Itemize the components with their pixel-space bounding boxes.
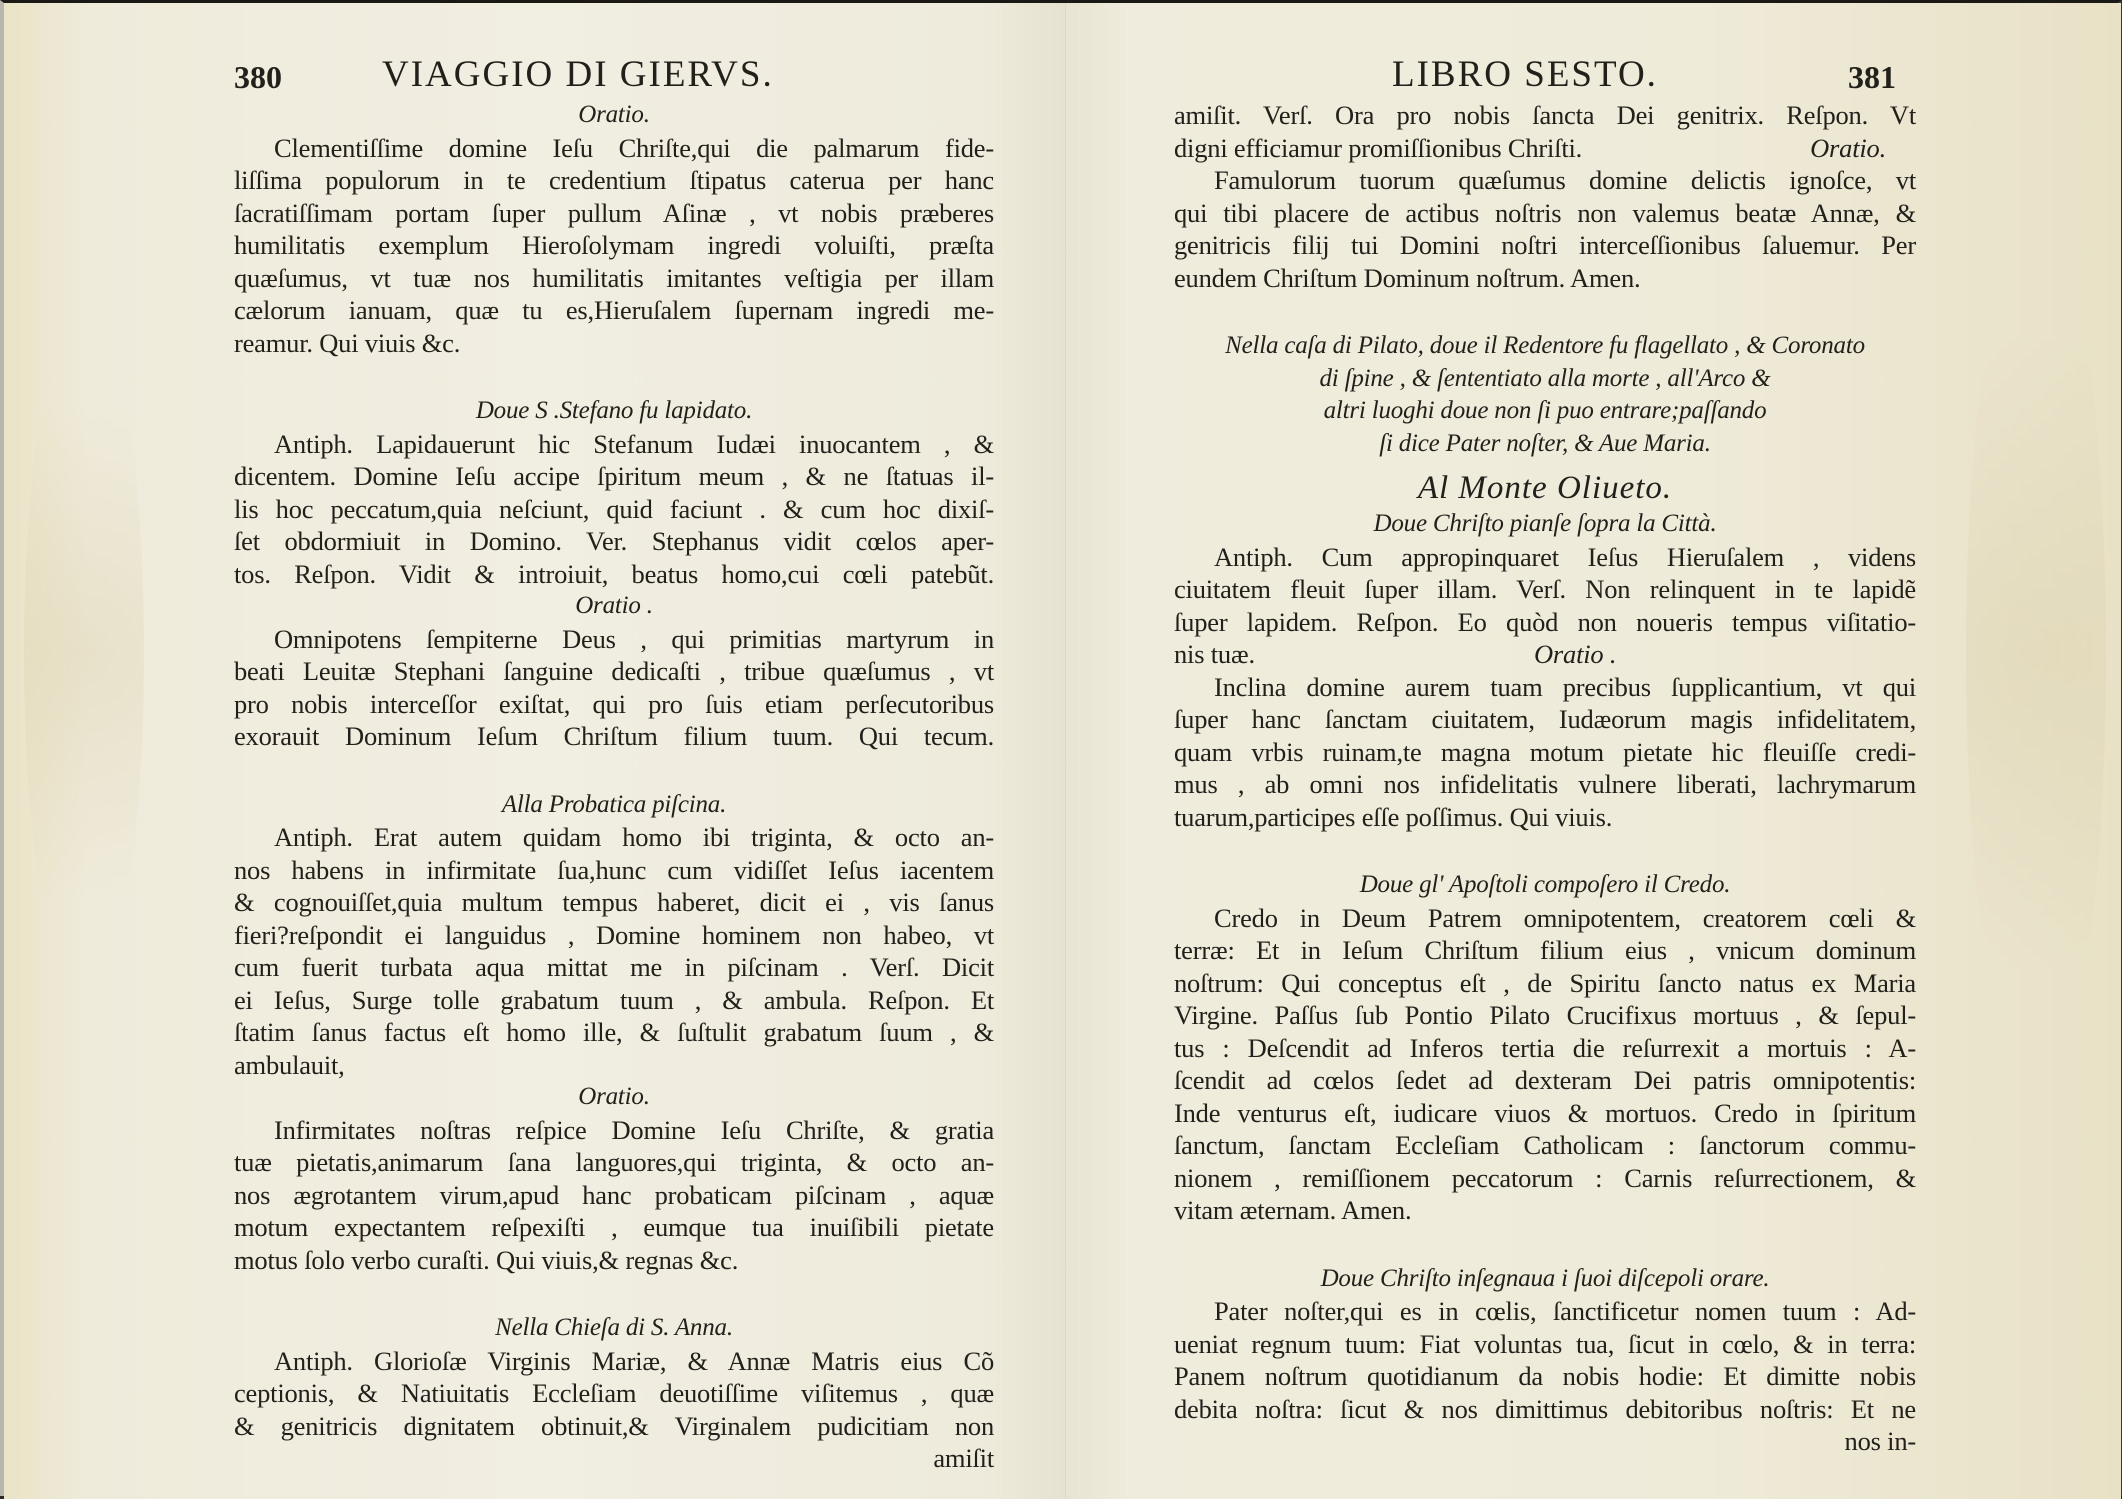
text-line: Infirmitates noſtras reſpice Domine Ieſu… [234, 1114, 994, 1147]
text-line: ſtatim ſanus factus eſt homo ille, & ſuſ… [234, 1016, 994, 1049]
text-line: Famulorum tuorum quæſumus domine delicti… [1174, 164, 1916, 197]
text-line: quam vrbis ruinam,te magna motum pietate… [1174, 736, 1916, 769]
text-line: ſuper lapidem. Reſpon. Eo quòd non nouer… [1174, 606, 1916, 639]
text-line: ueniat regnum tuum: Fiat voluntas tua, ſ… [1174, 1328, 1916, 1361]
section-heading: Doue gl' Apoſtoli compoſero il Credo. [1174, 869, 1916, 902]
heading-line: ſi dice Pater noſter, & Aue Maria. [1174, 428, 1916, 461]
text-line: ſuper hanc ſanctam ciuitatem, Iudæorum m… [1174, 703, 1916, 736]
text-line: motus ſolo verbo curaſti. Qui viuis,& re… [234, 1244, 994, 1277]
section-heading: Doue S .Stefano fu lapidato. [234, 395, 994, 428]
text-line: exorauit Dominum Ieſum Chriſtum filium t… [234, 720, 994, 753]
oratio-heading: Oratio . [1534, 638, 1616, 671]
running-title: LIBRO SESTO. [1392, 51, 1658, 99]
catchword: nos in- [1174, 1425, 1916, 1458]
text-line: fieri?reſpondit ei languidus , Domine ho… [234, 919, 994, 952]
text-line: digni efficiamur promiſſionibus Chriſti.… [1174, 132, 1916, 165]
oratio-heading: Oratio . [234, 590, 994, 623]
text-line: lis hoc peccatum,quia neſciunt, quid fac… [234, 493, 994, 526]
prayer-paragraph: Inclina domine aurem tuam precibus ſuppl… [1174, 671, 1916, 834]
text-line: ei Ieſus, Surge tolle grabatum tuum , & … [234, 984, 994, 1017]
prayer-paragraph: Omnipotens ſempiterne Deus , qui primiti… [234, 623, 994, 753]
text-line: ſet obdormiuit in Domino. Ver. Stephanus… [234, 525, 994, 558]
heading-line: di ſpine , & ſententiato alla morte , al… [1174, 363, 1916, 396]
prayer-paragraph: Clementiſſime domine Ieſu Chriſte,qui di… [234, 132, 994, 360]
text-line: Antiph. Glorioſæ Virginis Mariæ, & Annæ … [234, 1345, 994, 1378]
text-line: Panem noſtrum quotidianum da nobis hodie… [1174, 1360, 1916, 1393]
heading-line: Nella caſa di Pilato, doue il Redentore … [1174, 330, 1916, 363]
text-line: debita noſtra: ſicut & nos dimittimus de… [1174, 1393, 1916, 1426]
page-number: 380 [234, 53, 282, 101]
text-line: ſcendit ad cœlos ſedet ad dexteram Dei p… [1174, 1064, 1916, 1097]
running-head-right: LIBRO SESTO. 381 [1174, 51, 1916, 99]
section-heading: Doue Chriſto inſegnaua i ſuoi diſcepoli … [1174, 1263, 1916, 1296]
text-line: ſacratiſſimam portam ſuper pullum Aſinæ … [234, 197, 994, 230]
text-line: Antiph. Erat autem quidam homo ibi trigi… [234, 821, 994, 854]
right-page: LIBRO SESTO. 381 amiſit. Verſ. Ora pro n… [1066, 3, 2121, 1496]
text-line: & genitricis dignitatem obtinuit,& Virgi… [234, 1410, 994, 1443]
antiphon-paragraph: Antiph. Lapidauerunt hic Stefanum Iudæi … [234, 428, 994, 591]
antiphon-paragraph: Antiph. Cum appropinquaret Ieſus Hieruſa… [1174, 541, 1916, 671]
text-line: Credo in Deum Patrem omnipotentem, creat… [1174, 902, 1916, 935]
oratio-heading: Oratio. [1810, 132, 1886, 165]
text-line: quæſumus, vt tuæ nos humilitatis imitant… [234, 262, 994, 295]
chapter-title: Al Monte Oliueto. [1174, 468, 1916, 508]
text-line: ciuitatem fleuit ſuper illam. Verſ. Non … [1174, 573, 1916, 606]
text-line: Antiph. Lapidauerunt hic Stefanum Iudæi … [234, 428, 994, 461]
text-line: nionem , remiſſionem peccatorum : Carnis… [1174, 1162, 1916, 1195]
prayer-paragraph: Infirmitates noſtras reſpice Domine Ieſu… [234, 1114, 994, 1277]
text-line: genitricis filij tui Domini noſtri inter… [1174, 229, 1916, 262]
text-line: Omnipotens ſempiterne Deus , qui primiti… [234, 623, 994, 656]
text-line: Inde venturus eſt, iudicare viuos & mort… [1174, 1097, 1916, 1130]
text-line: eundem Chriſtum Dominum noſtrum. Amen. [1174, 262, 1916, 295]
paper-stain [1966, 203, 2106, 1103]
text-line: nos habens in infirmitate ſua,hunc cum v… [234, 854, 994, 887]
text-line: motum expectantem reſpexiſti , eumque tu… [234, 1211, 994, 1244]
catchword: amiſit [234, 1442, 994, 1475]
text-line: pro nobis interceſſor exiſtat, qui pro ſ… [234, 688, 994, 721]
antiphon-paragraph: Antiph. Glorioſæ Virginis Mariæ, & Annæ … [234, 1345, 994, 1475]
section-heading: Oratio. [234, 99, 994, 132]
text-segment: digni efficiamur promiſſionibus Chriſti. [1174, 133, 1582, 163]
prayer-paragraph: Famulorum tuorum quæſumus domine delicti… [1174, 164, 1916, 294]
text-line: Inclina domine aurem tuam precibus ſuppl… [1174, 671, 1916, 704]
text-line: liſſima populorum in te credentium ſtipa… [234, 164, 994, 197]
left-page-text: 380 VIAGGIO DI GIERVS. Oratio. Clementiſ… [234, 51, 994, 1475]
text-line: dicentem. Domine Ieſu accipe ſpiritum me… [234, 460, 994, 493]
right-page-text: LIBRO SESTO. 381 amiſit. Verſ. Ora pro n… [1174, 51, 1916, 1458]
text-line: tuæ pietatis,animarum ſana languores,qui… [234, 1146, 994, 1179]
section-heading: Alla Probatica piſcina. [234, 789, 994, 822]
heading-line: altri luoghi doue non ſi puo entrare;paſ… [1174, 395, 1916, 428]
section-heading: Doue Chriſto pianſe ſopra la Città. [1174, 508, 1916, 541]
text-line: & cognouiſſet,quia multum tempus haberet… [234, 886, 994, 919]
oratio-heading: Oratio. [234, 1081, 994, 1114]
text-line: qui tibi placere de actibus noſtris non … [1174, 197, 1916, 230]
page-number: 381 [1848, 53, 1896, 101]
text-line: ſanctum, ſanctam Eccleſiam Catholicam : … [1174, 1129, 1916, 1162]
book-spread: 380 VIAGGIO DI GIERVS. Oratio. Clementiſ… [0, 0, 2122, 1496]
text-line: Antiph. Cum appropinquaret Ieſus Hieruſa… [1174, 541, 1916, 574]
section-heading: Nella Chieſa di S. Anna. [234, 1312, 994, 1345]
antiphon-paragraph: Antiph. Erat autem quidam homo ibi trigi… [234, 821, 994, 1081]
text-segment: nis tuæ. [1174, 639, 1255, 669]
text-line: Clementiſſime domine Ieſu Chriſte,qui di… [234, 132, 994, 165]
text-line: nos ægrotantem virum,apud hanc probatica… [234, 1179, 994, 1212]
text-line: tos. Reſpon. Vidit & introiuit, beatus h… [234, 558, 994, 591]
text-line: tuarum,participes eſſe poſſimus. Qui viu… [1174, 801, 1916, 834]
text-line: beati Leuitæ Stephani ſanguine dedicaſti… [234, 655, 994, 688]
text-line: humilitatis exemplum Hieroſolymam ingred… [234, 229, 994, 262]
text-line: tus : Deſcendit ad Inferos tertia die re… [1174, 1032, 1916, 1065]
text-line: ceptionis, & Natiuitatis Eccleſiam deuot… [234, 1377, 994, 1410]
running-head-left: 380 VIAGGIO DI GIERVS. [234, 51, 994, 99]
pilato-heading: Nella caſa di Pilato, doue il Redentore … [1174, 330, 1916, 460]
text-line: cælorum ianuam, quæ tu es,Hieruſalem ſup… [234, 294, 994, 327]
pater-paragraph: Pater noſter,qui es in cœlis, ſanctifice… [1174, 1295, 1916, 1458]
credo-paragraph: Credo in Deum Patrem omnipotentem, creat… [1174, 902, 1916, 1227]
text-line: Pater noſter,qui es in cœlis, ſanctifice… [1174, 1295, 1916, 1328]
text-line: cum fuerit turbata aqua mittat me in piſ… [234, 951, 994, 984]
text-line: terræ: Et in Ieſum Chriſtum filium eius … [1174, 934, 1916, 967]
continuation-paragraph: amiſit. Verſ. Ora pro nobis ſancta Dei g… [1174, 99, 1916, 164]
text-line: reamur. Qui viuis &c. [234, 327, 994, 360]
running-title: VIAGGIO DI GIERVS. [382, 51, 774, 99]
left-page: 380 VIAGGIO DI GIERVS. Oratio. Clementiſ… [4, 3, 1066, 1496]
text-line: amiſit. Verſ. Ora pro nobis ſancta Dei g… [1174, 99, 1916, 132]
text-line: vitam æternam. Amen. [1174, 1194, 1916, 1227]
text-line: mus , ab omni nos infidelitatis vulnere … [1174, 768, 1916, 801]
text-line: noſtrum: Qui conceptus eſt , de Spiritu … [1174, 967, 1916, 1000]
paper-stain [24, 303, 144, 1003]
text-line: Virgine. Paſſus ſub Pontio Pilato Crucif… [1174, 999, 1916, 1032]
text-line: nis tuæ. Oratio . [1174, 638, 1916, 671]
text-line: ambulauit, [234, 1049, 994, 1082]
